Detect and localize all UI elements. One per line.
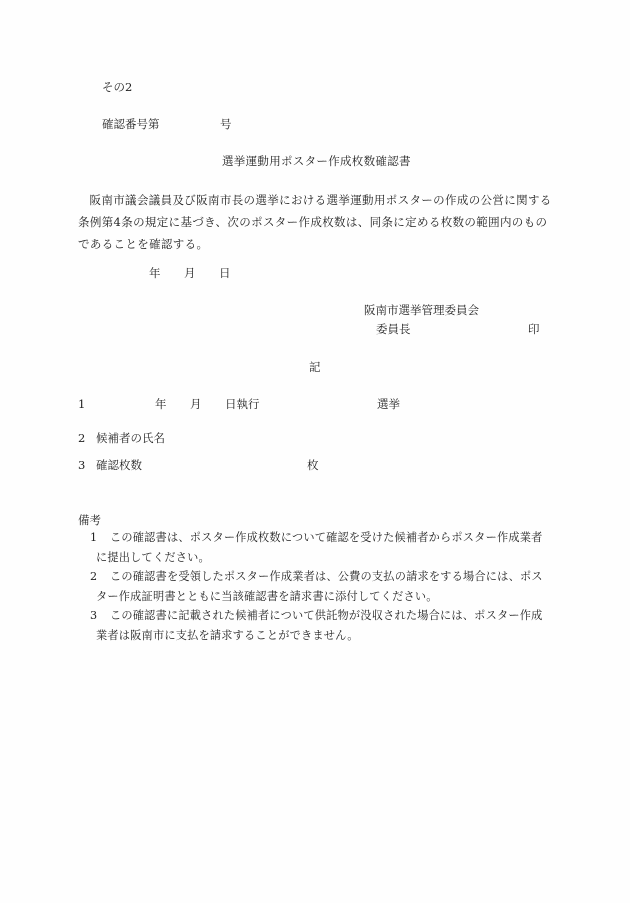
item-1-year: 年 (155, 399, 167, 411)
item-1-day-exec: 日執行 (225, 399, 260, 411)
note-2-number: 2 (90, 567, 110, 587)
note-3-number: 3 (90, 606, 110, 626)
body-paragraph: 阪南市議会議員及び阪南市長の選挙における選挙運動用ポスターの作成の公営に関する条… (78, 189, 554, 255)
item-2-number: 2 (78, 433, 85, 445)
form-number: その2 (102, 82, 132, 94)
item-3-unit: 枚 (307, 460, 319, 472)
note-1: 1この確認書は、ポスター作成枚数について確認を受けた候補者からポスター作成業者 … (90, 528, 554, 567)
item-1-number: 1 (78, 399, 85, 411)
note-3-line1: この確認書に記載された候補者について供託物が没収された場合には、ポスター作成 (110, 609, 543, 622)
note-2-line1: この確認書を受領したポスター作成業者は、公費の支払の請求をする場合には、ポス (110, 570, 543, 583)
date-month: 月 (184, 268, 196, 280)
seal-mark: 印 (528, 324, 540, 336)
item-1-election: 選挙 (377, 399, 400, 411)
note-3-line2: 業者は阪南市に支払を請求することができません。 (90, 626, 554, 646)
item-2-label: 候補者の氏名 (96, 433, 165, 445)
note-2-line2: ター作成証明書とともに当該確認書を請求書に添付してください。 (90, 587, 554, 607)
note-1-line1: この確認書は、ポスター作成枚数について確認を受けた候補者からポスター作成業者 (110, 531, 543, 544)
date-day: 日 (219, 268, 231, 280)
confirmation-number-prefix: 確認番号第 (102, 119, 160, 131)
item-3-label: 確認枚数 (96, 460, 142, 472)
ki-heading: 記 (309, 362, 321, 374)
note-2: 2この確認書を受領したポスター作成業者は、公費の支払の請求をする場合には、ポス … (90, 567, 554, 606)
document-title: 選挙運動用ポスター作成枚数確認書 (222, 156, 411, 168)
note-1-line2: に提出してください。 (90, 548, 554, 568)
note-1-number: 1 (90, 528, 110, 548)
note-3: 3この確認書に記載された候補者について供託物が没収された場合には、ポスター作成 … (90, 606, 554, 645)
confirmation-number-suffix: 号 (220, 119, 232, 131)
item-3-number: 3 (78, 460, 85, 472)
item-1-month: 月 (190, 399, 202, 411)
issuer-organization: 阪南市選挙管理委員会 (364, 305, 479, 317)
date-year: 年 (149, 268, 161, 280)
issuer-title: 委員長 (376, 324, 411, 336)
notes-title: 備考 (78, 515, 101, 527)
